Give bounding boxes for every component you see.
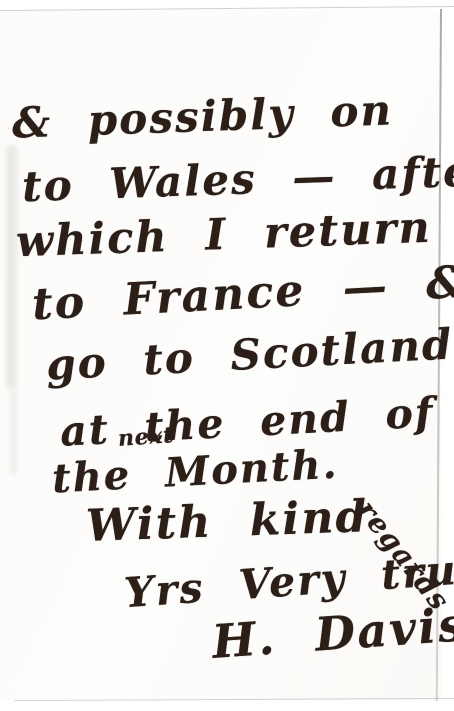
inserted-word-next: next bbox=[117, 424, 174, 450]
paper-crease-mark bbox=[6, 145, 17, 390]
closing-line-with-kind: With kind bbox=[85, 495, 369, 549]
paper-crease-mark-2 bbox=[10, 390, 17, 475]
letter-scan: & possibly on to Wales — after which I r… bbox=[0, 0, 454, 711]
